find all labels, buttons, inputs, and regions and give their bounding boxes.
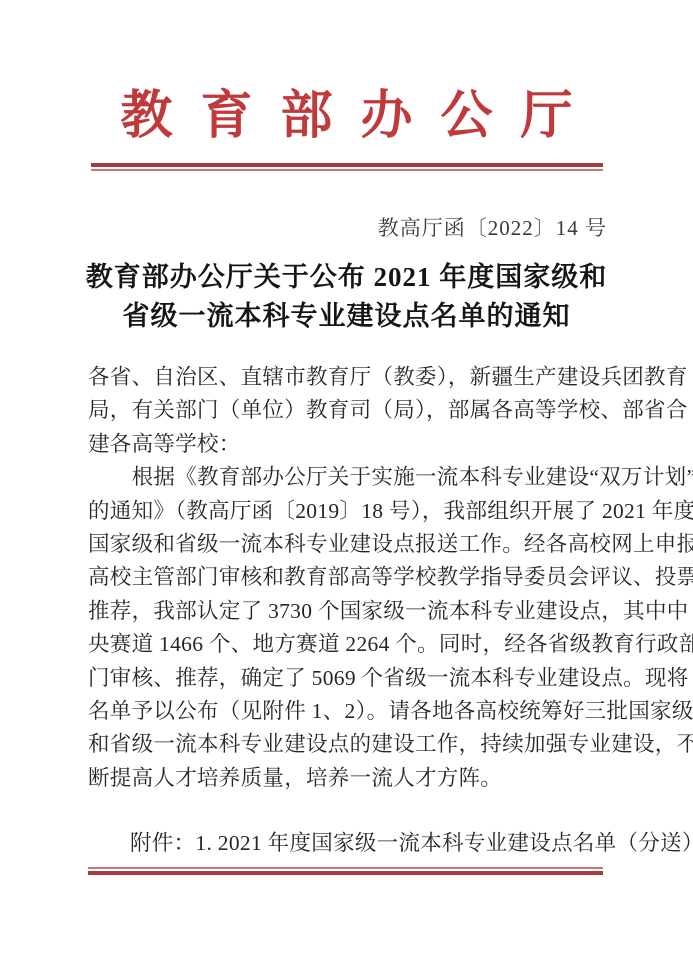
body-line: 高校主管部门审核和教育部高等学校教学指导委员会评议、投票 [88,561,610,594]
footer-rule [88,867,603,875]
body-line: 断提高人才培养质量，培养一流人才方阵。 [88,762,610,795]
doc-number: 教高厅函〔2022〕14 号 [378,212,607,242]
letterhead-title: 教育部办公厅 [0,86,693,148]
letterhead-rule [91,163,603,171]
body-line: 局，有关部门（单位）教育司（局），部属各高等学校、部省合 [88,394,610,427]
document-body: 各省、自治区、直辖市教育厅（教委），新疆生产建设兵团教育局，有关部门（单位）教育… [88,361,610,795]
body-line: 建各高等学校： [88,428,610,461]
body-line: 门审核、推荐，确定了 5069 个省级一流本科专业建设点。现将 [88,662,610,695]
official-notice-page: 教育部办公厅 教高厅函〔2022〕14 号 教育部办公厅关于公布 2021 年度… [0,0,693,973]
body-line: 根据《教育部办公厅关于实施一流本科专业建设“双万计划” [88,461,610,494]
body-line: 央赛道 1466 个、地方赛道 2264 个。同时，经各省级教育行政部 [88,628,610,661]
body-line: 和省级一流本科专业建设点的建设工作，持续加强专业建设，不 [88,728,610,761]
body-line: 推荐，我部认定了 3730 个国家级一流本科专业建设点，其中中 [88,595,610,628]
attachment-line: 附件：1. 2021 年度国家级一流本科专业建设点名单（分送） [88,826,693,857]
body-line: 的通知》（教高厅函〔2019〕18 号），我部组织开展了 2021 年度 [88,495,610,528]
body-line: 名单予以公布（见附件 1、2）。请各地各高校统筹好三批国家级 [88,695,610,728]
body-line: 各省、自治区、直辖市教育厅（教委），新疆生产建设兵团教育 [88,361,610,394]
document-title: 教育部办公厅关于公布 2021 年度国家级和 省级一流本科专业建设点名单的通知 [0,258,693,336]
document-title-line-1: 教育部办公厅关于公布 2021 年度国家级和 [0,258,693,297]
document-title-line-2: 省级一流本科专业建设点名单的通知 [0,297,693,336]
letterhead-title-text: 教育部办公厅 [120,88,600,145]
body-line: 国家级和省级一流本科专业建设点报送工作。经各高校网上申报、 [88,528,610,561]
